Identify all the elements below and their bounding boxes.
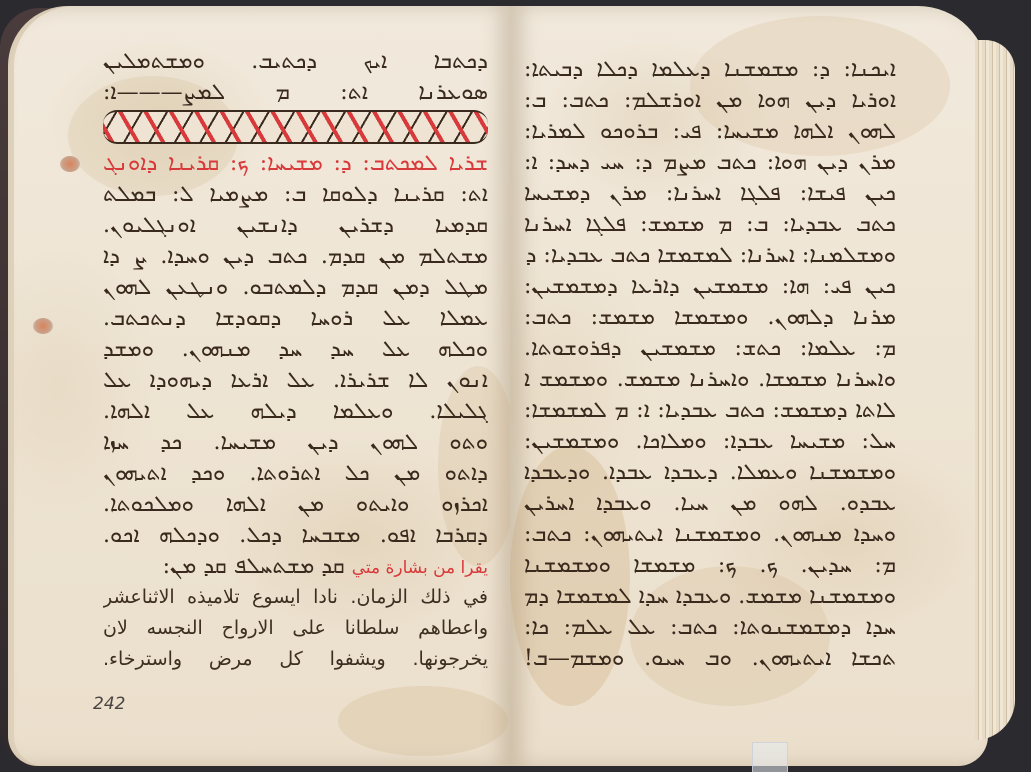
manuscript-line: ܡ: ܚܕܝܢ. ܟ. ܟ: ܡܫܡܫܐ ܘܡܫܡܫܢܐ: [524, 550, 896, 581]
manuscript-line: ܟܝܢ ܦܝܫܐ: ܦܠܓܐ ܐܚܪܢܐ: ܡܪܢ ܕܡܫܝܚܐ: [524, 178, 896, 209]
manuscript-line: ܡ: ܥܠܡܐ: ܟܬܫ: ܡܫܡܫܝܢ ܕܦܪܘܫܘܬܐ.: [524, 333, 896, 364]
manuscript-line: ܡܛܠ ܕܡܢ ܩܕܡ ܕܠܡܬܒܘ. ܘܢܛܥܢ ܠܗܘܢ: [103, 272, 488, 303]
manuscript-line: ܡܪܢ ܕܝܢ ܗܘܐ: ܟܬܒ ܡܨܡ ܕ: ܚܝ ܕܚܕ: ܐ:: [524, 147, 896, 178]
manuscript-line: ܘܟܠܗ ܥܠ ܚܕ ܚܕ ܡܢܗܘܢ. ܘܡܫܕ: [103, 334, 488, 365]
arabic-rubric: يقرا من بشارة متي: [352, 558, 488, 578]
manuscript-line: ܕܩܪܒܐ ܐܦܘ. ܡܫܒܚܐ ܕܟܠ. ܘܕܟܠܗ ܐܟܘ.: [103, 520, 488, 551]
manuscript-line: ܚܠ: ܡܫܝܚܐ ܥܒܕܐ: ܘܡܠܐܟܐ. ܘܡܫܡܫܝܢ:: [524, 426, 896, 457]
manuscript-line: ܐܟܪܙܘ ܘܐܝܬܘ ܡܢ ܐܠܗܐ ܘܡܠܟܘܬܐ.: [103, 489, 488, 520]
left-page-text: ܕܟܬܒܐ ܐܝܟ ܕܟܬܝܒ. ܘܡܫܬܡܠܝܢ ܣܘܥܪܢܐ ܐܬ: ܡ ܠ…: [103, 46, 488, 675]
manuscript-line: ܟܬܒ ܥܒܕܝܐ: ܒ: ܡ ܡܫܡܫ: ܦܠܓܐ ܐܚܪܢܐ: [524, 209, 896, 240]
wax-seal-mark: [60, 156, 80, 172]
manuscript-line: ܡܫܬܠܡ ܡܢ ܩܕܡ. ܟܬܒ ܕܝܢ ܘܚܕܐ. ܨ ܕܐ: [103, 241, 488, 272]
manuscript-line: ܘܡܫܡܫܢܐ ܡܫܡܫ. ܘܥܒܕܐ ܚܕܐ ܠܡܫܡܫܐ ܕܡ: [524, 581, 896, 612]
arabic-line: يخرجونها. ويشفوا كل مرض واسترخاء.: [103, 644, 488, 675]
manuscript-line: ܘܐܚܪܢܐ ܡܫܡܫܐ. ܘܐܚܪܢܐ ܡܫܡܫ. ܘܡܫܡܫ ܐ: [524, 364, 896, 395]
manuscript-line: ܡܪܢܐ ܕܠܗܘܢ. ܘܡܫܡܫܐ ܡܫܡܫ: ܟܬܒ:: [524, 302, 896, 333]
page-fore-edge: [975, 40, 1015, 740]
manuscript-line: ܥܡܠܐ ܥܠ ܪܘܚܐ ܕܩܘܕܫܐ ܕܢܬܟܬܒ.: [103, 303, 488, 334]
manuscript-line: ܬܟܫܐ ܐܝܬܝܗܘܢ. ܘܒ ܚܝܘ. ܘܡܫܡ—ܒ!: [524, 643, 896, 674]
transparent-page-clip: [752, 742, 788, 772]
manuscript-line: ܚܕܐ ܕܡܫܡܫܢܘܬܐ: ܟܬܒ: ܥܠ ܥܠܡ: ܟܐ:: [524, 612, 896, 643]
manuscript-line: ܐܢܘܢ ܠܐ ܫܪܝܪܐ. ܥܠ ܐܪܥܐ ܕܝܗܘܕܐ ܥܠ: [103, 365, 488, 396]
wax-seal-mark: [33, 318, 53, 334]
manuscript-line: ܩܕܡܝܐ ܕܫܪܝܢ ܕܐܢܫܝܢ ܐܘܢܓܠܝܘܢ.: [103, 210, 488, 241]
right-page: ܐܝܟܢܐ: ܕ: ܡܫܡܫܢܐ ܕܥܠܡܐ ܕܟܠܐ ܕܒܝܬܐ: ܐܘܪܝܐ…: [510, 6, 988, 766]
manuscript-line: ܥܒܕܘ. ܠܗܘ ܡܢ ܚܝܐ. ܘܥܒܕܐ ܐܚܪܝܢ: [524, 488, 896, 519]
manuscript-line: ܣܘܥܪܢܐ ܐܬ: ܡ ܠܡܨ———ܐ:: [103, 77, 488, 108]
right-page-text: ܐܝܟܢܐ: ܕ: ܡܫܡܫܢܐ ܕܥܠܡܐ ܕܟܠܐ ܕܒܝܬܐ: ܐܘܪܝܐ…: [524, 54, 896, 674]
manuscript-line: ܘܚܕܐ ܡܢܗܘܢ. ܘܡܫܡܫܢܐ ܐܝܬܝܗܘܢ: ܟܬܒ:: [524, 519, 896, 550]
manuscript-line: ܐܬ: ܩܪܝܢܐ ܕܠܘܩܐ ܒ: ܡܨܡܝܐ ܠ: ܒܡܠܬ: [103, 179, 488, 210]
manuscript-line: ܕܟܬܒܐ ܐܝܟ ܕܟܬܝܒ. ܘܡܫܬܡܠܝܢ: [103, 46, 488, 77]
interlace-ornament-band: [103, 110, 488, 144]
left-page: ܕܟܬܒܐ ܐܝܟ ܕܟܬܝܒ. ܘܡܫܬܡܠܝܢ ܣܘܥܪܢܐ ܐܬ: ܡ ܠ…: [8, 6, 510, 766]
manuscript-line: ܕܐܬܘ ܡܢ ܟܠ ܐܬܪܘܬܐ. ܘܟܕ ܐܬܝܗܘܢ: [103, 458, 488, 489]
manuscript-line: ܟܝܢ ܦܝ: ܗܐ: ܡܫܡܫܝܢ ܕܐܪܥܐ ܕܡܫܡܫܝܢ:: [524, 271, 896, 302]
manuscript-line: ܐܝܟܢܐ: ܕ: ܡܫܡܫܢܐ ܕܥܠܡܐ ܕܟܠܐ ܕܒܝܬܐ:: [524, 54, 896, 85]
syriac-text: ܩܕ ܡܫܬܚܠܦ ܩܕ ܡܢ:: [163, 554, 345, 579]
folio-number: 242: [93, 694, 125, 714]
arabic-line: في ذلك الزمان. نادا ايسوع تلاميذه الاثنا…: [103, 582, 488, 613]
rubric-heading-line: ܫܪܝܐ ܠܡܟܬܒ: ܕ: ܡܫܝܚܐ: ܟ: ܩܪܝܢܐ ܕܐܘܢܓ: [103, 148, 488, 179]
manuscript-line-with-arabic-rubric: يقرا من بشارة متي ܩܕ ܡܫܬܚܠܦ ܩܕ ܡܢ:: [103, 551, 488, 582]
manuscript-line: ܠܗܘܢ ܐܠܗܐ ܡܫܝܚܐ: ܦܝ: ܒܪܘܟܘ ܠܡܪܝܐ:: [524, 116, 896, 147]
manuscript-line: ܐܘܪܝܐ ܕܝܢ ܗܘܐ ܡܢ ܐܘܪܫܠܡ: ܟܬܒ: ܒ:: [524, 85, 896, 116]
manuscript-line: ܠܐܬܐ ܕܡܫܡܫ: ܟܬܒ ܥܒܕܝܐ: ܐ: ܡ ܠܡܫܡܫܐ:: [524, 395, 896, 426]
arabic-line: واعطاهم سلطانا على الارواح النجسه لان: [103, 613, 488, 644]
manuscript-line: ܓܠܝܠܐ. ܘܥܠܡܐ ܕܝܠܗ ܥܠ ܐܠܗܐ.: [103, 396, 488, 427]
manuscript-line: ܘܡܫܠܡܢܐ: ܐܚܪܢܐ: ܠܡܫܡܫܐ ܟܬܒ ܥܒܕܝܐ: ܕ:: [524, 240, 896, 271]
manuscript-line: ܘܬܘ ܠܗܘܢ ܕܝܢ ܡܫܝܚܐ. ܟܕ ܚܙܐ: [103, 427, 488, 458]
manuscript-line: ܘܡܫܡܫܢܐ ܘܥܡܠܐ. ܕܥܒܕܐ ܥܒܕܐ. ܘܕܥܒܕܐ: [524, 457, 896, 488]
